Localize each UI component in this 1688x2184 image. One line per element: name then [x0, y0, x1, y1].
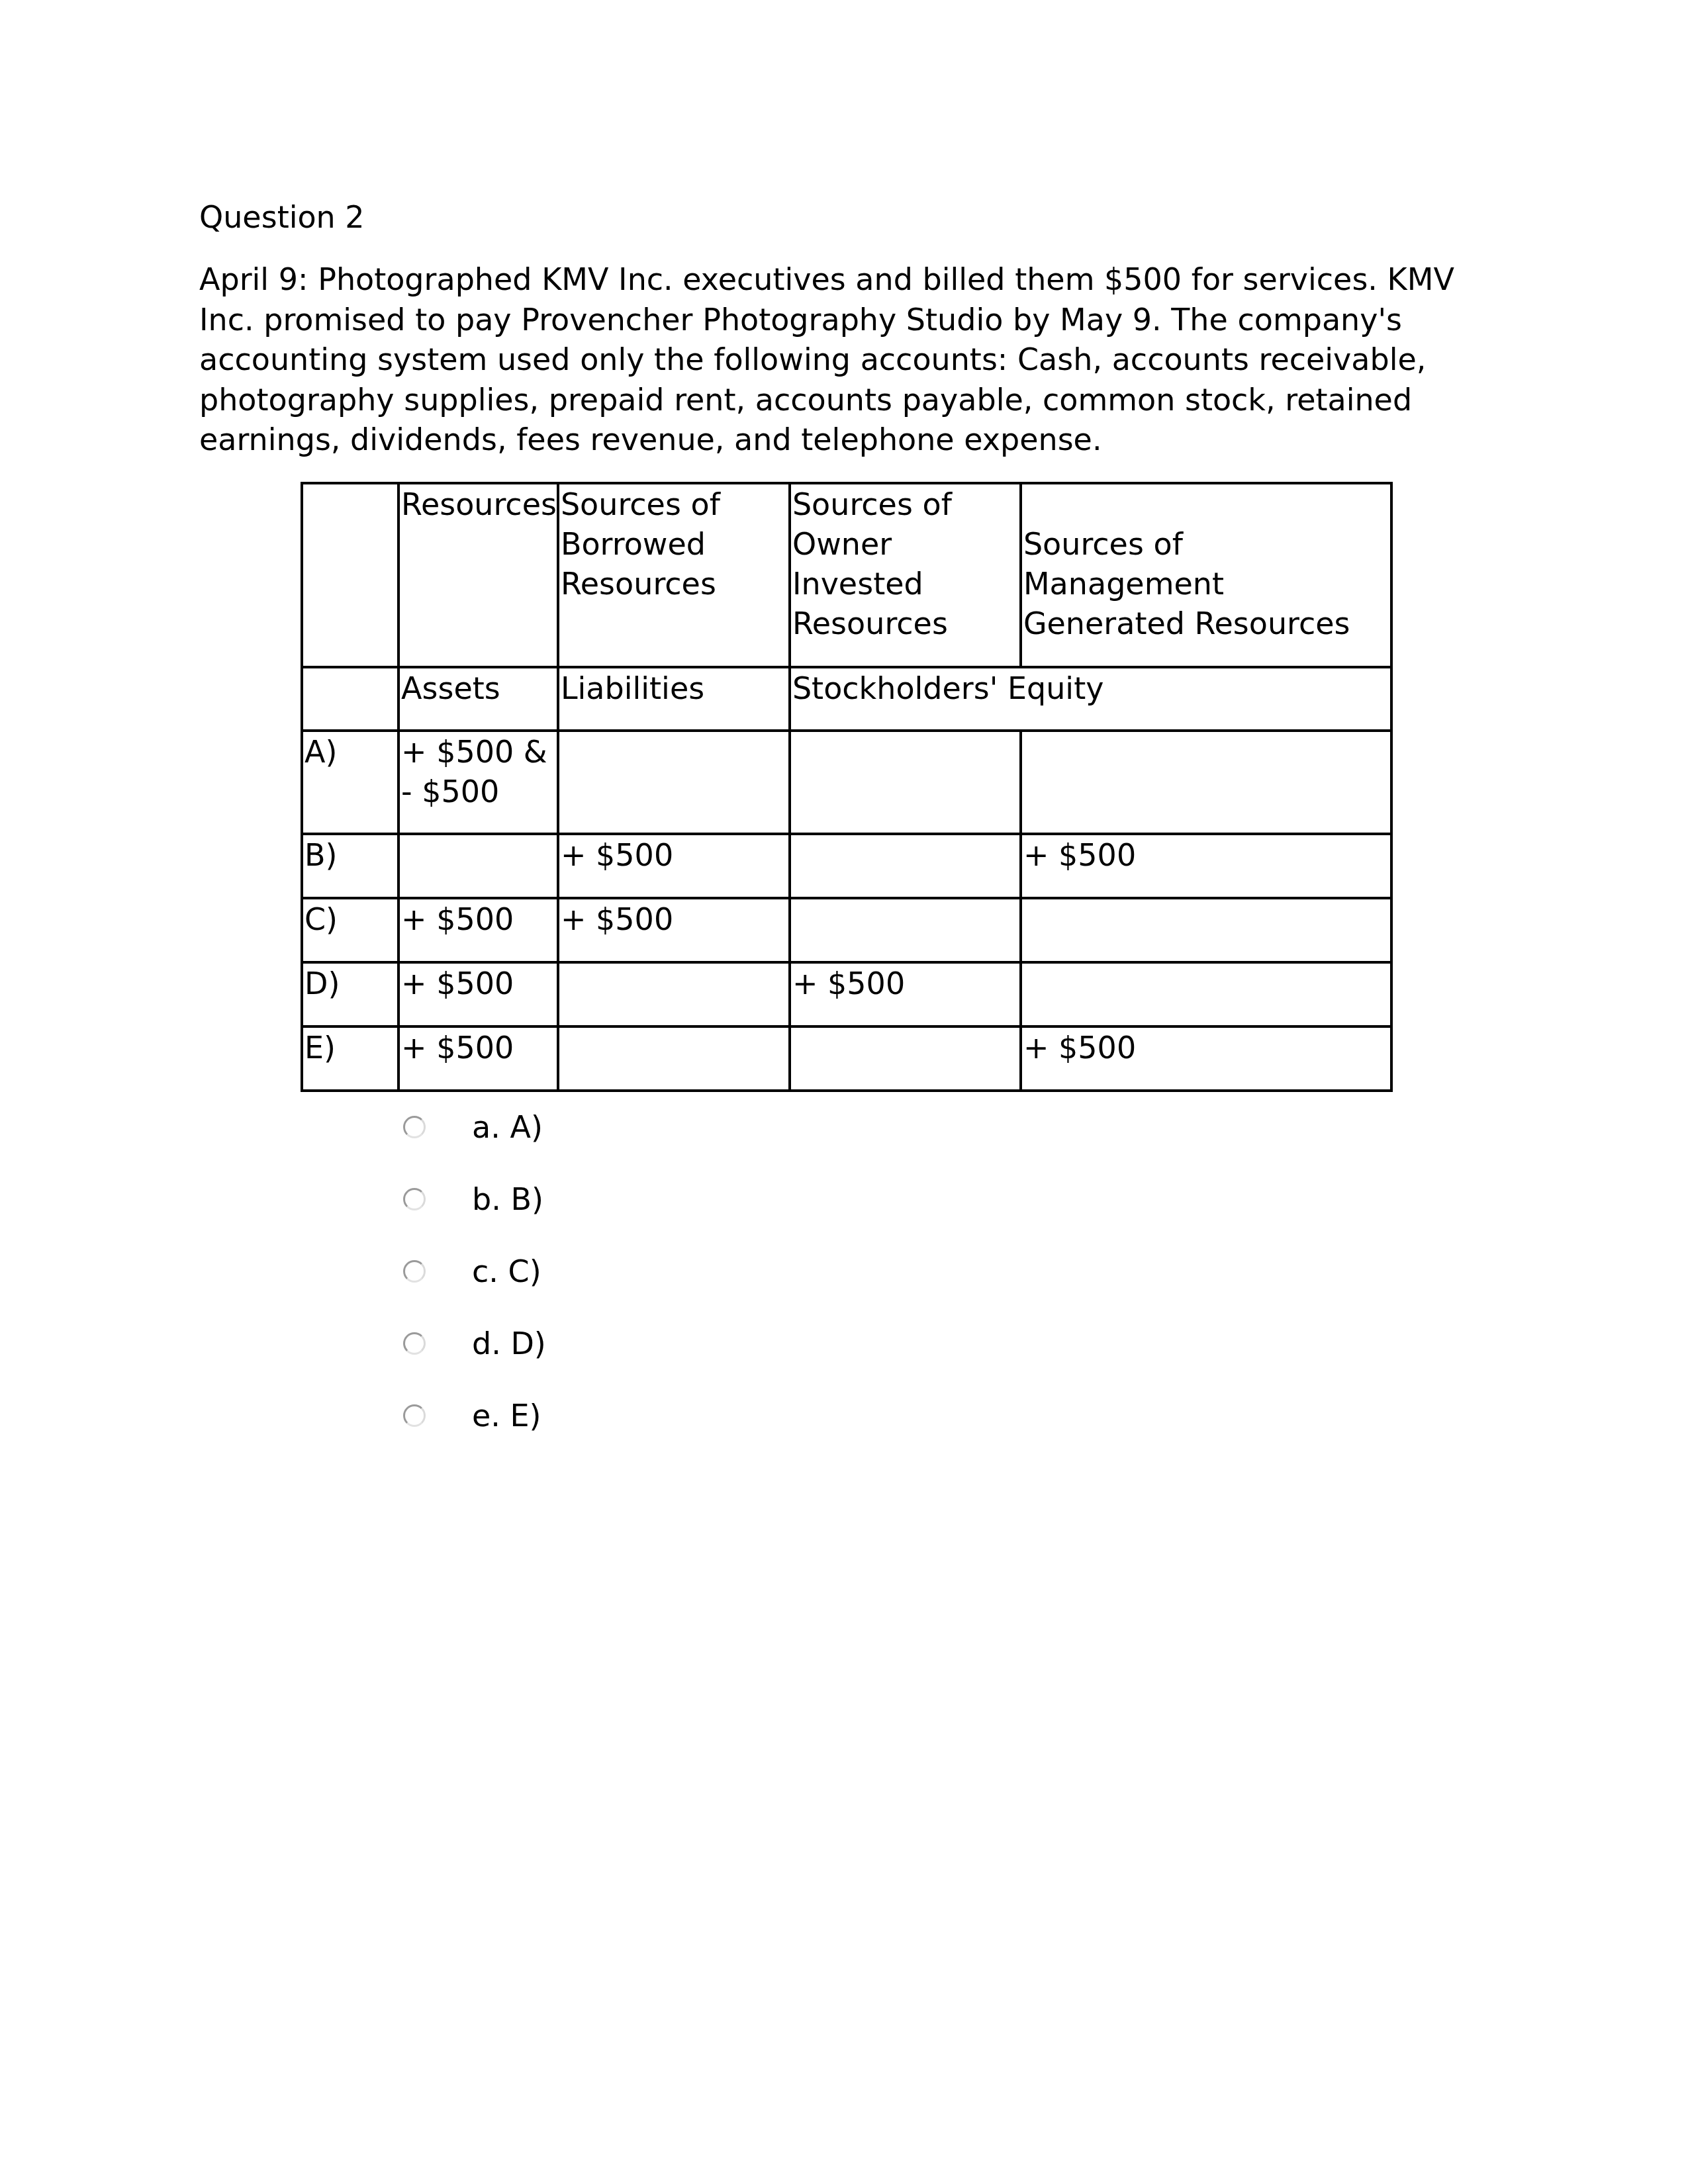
table-cell: + $500	[558, 834, 790, 898]
option-label[interactable]: b. B)	[472, 1181, 543, 1217]
table-cell	[1021, 962, 1391, 1026]
table-cell: + $500	[790, 962, 1021, 1026]
table-cell: + $500	[1021, 1026, 1391, 1091]
row-label: B)	[302, 834, 399, 898]
answer-options: a. A) b. B) c. C) d. D) e. E)	[400, 1091, 546, 1451]
option-label[interactable]: c. C)	[472, 1253, 541, 1289]
table-cell: + $500	[399, 962, 558, 1026]
question-text: April 9: Photographed KMV Inc. executive…	[199, 259, 1497, 460]
table-cell	[790, 898, 1021, 962]
option-label[interactable]: a. A)	[472, 1109, 543, 1145]
table-cell	[790, 834, 1021, 898]
option-d[interactable]: d. D)	[400, 1307, 546, 1379]
radio-button-icon[interactable]	[403, 1188, 426, 1210]
table-cell	[1021, 731, 1391, 834]
category-row: Assets Liabilities Stockholders' Equity	[302, 667, 1391, 731]
table-cell	[558, 962, 790, 1026]
table-cell	[1021, 898, 1391, 962]
category-cell: Stockholders' Equity	[790, 667, 1391, 731]
table-row: D) + $500 + $500	[302, 962, 1391, 1026]
row-label: C)	[302, 898, 399, 962]
table-row: C) + $500 + $500	[302, 898, 1391, 962]
row-label: A)	[302, 731, 399, 834]
category-cell: Assets	[399, 667, 558, 731]
header-cell: Sources of Owner Invested Resources	[790, 483, 1021, 667]
option-e[interactable]: e. E)	[400, 1379, 546, 1451]
table-cell	[558, 731, 790, 834]
category-cell: Liabilities	[558, 667, 790, 731]
table-row: E) + $500 + $500	[302, 1026, 1391, 1091]
table-row: B) + $500 + $500	[302, 834, 1391, 898]
table-cell: + $500	[558, 898, 790, 962]
row-label: E)	[302, 1026, 399, 1091]
header-cell: Resources	[399, 483, 558, 667]
header-cell: Sources of Borrowed Resources	[558, 483, 790, 667]
option-b[interactable]: b. B)	[400, 1163, 546, 1235]
table-cell	[399, 834, 558, 898]
option-label[interactable]: d. D)	[472, 1326, 546, 1361]
radio-button-icon[interactable]	[403, 1116, 426, 1138]
table-cell	[558, 1026, 790, 1091]
option-label[interactable]: e. E)	[472, 1398, 541, 1433]
radio-button-icon[interactable]	[403, 1404, 426, 1427]
answer-table: Resources Sources of Borrowed Resources …	[301, 482, 1393, 1092]
option-a[interactable]: a. A)	[400, 1091, 546, 1163]
category-cell	[302, 667, 399, 731]
header-row: Resources Sources of Borrowed Resources …	[302, 483, 1391, 667]
radio-button-icon[interactable]	[403, 1332, 426, 1355]
table-cell	[790, 1026, 1021, 1091]
header-cell	[302, 483, 399, 667]
header-cell: Sources of Management Generated Resource…	[1021, 483, 1391, 667]
table-cell	[790, 731, 1021, 834]
row-label: D)	[302, 962, 399, 1026]
table-cell: + $500	[1021, 834, 1391, 898]
table-cell: + $500 & - $500	[399, 731, 558, 834]
table-cell: + $500	[399, 898, 558, 962]
radio-button-icon[interactable]	[403, 1260, 426, 1283]
question-title: Question 2	[199, 197, 365, 237]
table-cell: + $500	[399, 1026, 558, 1091]
table-row: A) + $500 & - $500	[302, 731, 1391, 834]
option-c[interactable]: c. C)	[400, 1235, 546, 1307]
